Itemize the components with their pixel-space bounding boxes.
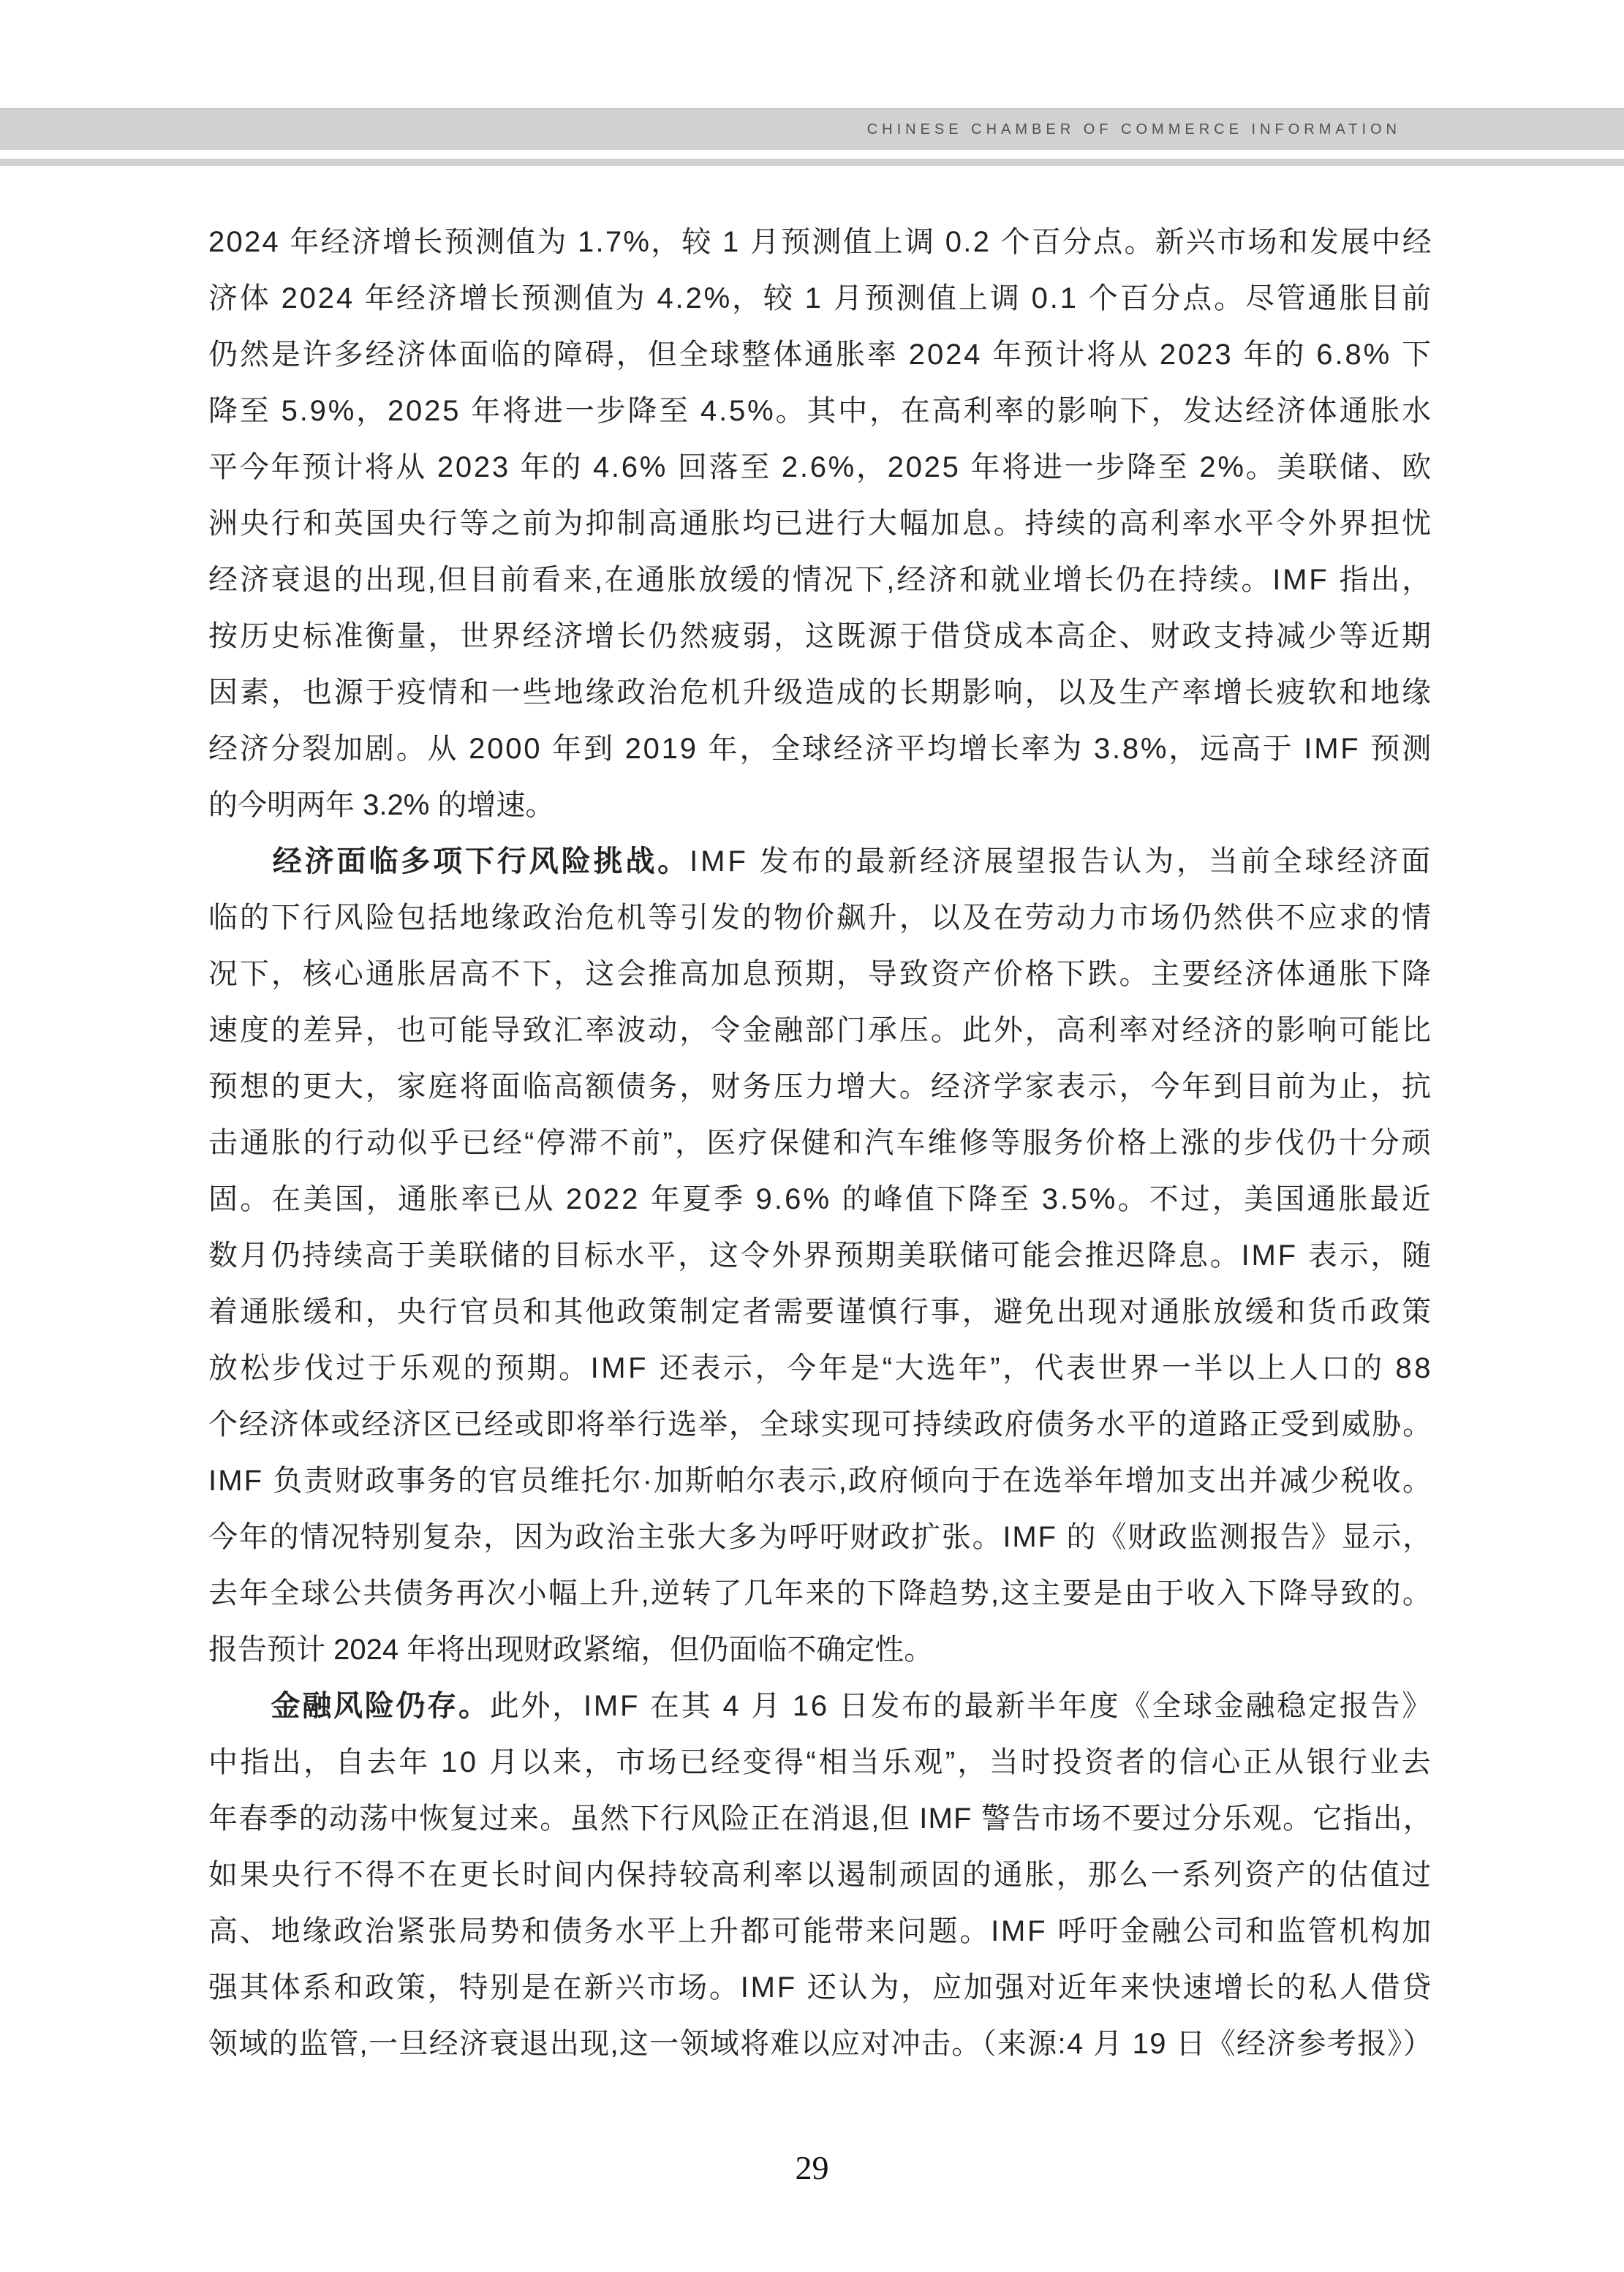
- header-banner-text: CHINESE CHAMBER OF COMMERCE INFORMATION: [867, 110, 1401, 150]
- text-line: 今年的情况特别复杂，因为政治主张大多为呼吁财政扩张。IMF 的《财政监测报告》显…: [208, 1509, 1433, 1566]
- text-line: 临的下行风险包括地缘政治危机等引发的物价飙升，以及在劳动力市场仍然供不应求的情: [208, 890, 1433, 946]
- paragraph: 2024 年经济增长预测值为 1.7%，较 1 月预测值上调 0.2 个百分点。…: [208, 214, 1433, 834]
- page: { "header": { "banner_text": "CHINESE CH…: [0, 0, 1624, 2272]
- text-line: 去年全球公共债务再次小幅上升,逆转了几年来的下降趋势,这主要是由于收入下降导致的…: [208, 1566, 1433, 1622]
- text-line: 2024 年经济增长预测值为 1.7%，较 1 月预测值上调 0.2 个百分点。…: [208, 214, 1433, 271]
- document-body: 2024 年经济增长预测值为 1.7%，较 1 月预测值上调 0.2 个百分点。…: [208, 214, 1433, 2072]
- text-line: 的今明两年 3.2% 的增速。: [208, 777, 1433, 834]
- text-line: 洲央行和英国央行等之前为抑制高通胀均已进行大幅加息。持续的高利率水平令外界担忧: [208, 496, 1433, 552]
- header-bar-secondary: [0, 159, 1624, 166]
- paragraph-lead-bold: 金融风险仍存。: [271, 1690, 490, 1722]
- paragraph: 金融风险仍存。此外，IMF 在其 4 月 16 日发布的最新半年度《全球金融稳定…: [208, 1678, 1433, 2072]
- text-line: 济体 2024 年经济增长预测值为 4.2%，较 1 月预测值上调 0.1 个百…: [208, 271, 1433, 327]
- text-line: 仍然是许多经济体面临的障碍，但全球整体通胀率 2024 年预计将从 2023 年…: [208, 327, 1433, 383]
- text-line: 经济面临多项下行风险挑战。IMF 发布的最新经济展望报告认为，当前全球经济面: [208, 834, 1433, 890]
- text-line: IMF 负责财政事务的官员维托尔·加斯帕尔表示,政府倾向于在选举年增加支出并减少…: [208, 1453, 1433, 1509]
- text-line: 高、地缘政治紧张局势和债务水平上升都可能带来问题。IMF 呼吁金融公司和监管机构…: [208, 1903, 1433, 1960]
- text-line: 经济分裂加剧。从 2000 年到 2019 年，全球经济平均增长率为 3.8%，…: [208, 721, 1433, 777]
- page-number: 29: [0, 2148, 1624, 2187]
- text-line: 中指出，自去年 10 月以来，市场已经变得“相当乐观”，当时投资者的信心正从银行…: [208, 1735, 1433, 1791]
- text-line: 况下，核心通胀居高不下，这会推高加息预期，导致资产价格下跌。主要经济体通胀下降: [208, 946, 1433, 1003]
- text-line: 按历史标准衡量，世界经济增长仍然疲弱，这既源于借贷成本高企、财政支持减少等近期: [208, 608, 1433, 665]
- text-line: 击通胀的行动似乎已经“停滞不前”，医疗保健和汽车维修等服务价格上涨的步伐仍十分顽: [208, 1115, 1433, 1171]
- text-line: 着通胀缓和，央行官员和其他政策制定者需要谨慎行事，避免出现对通胀放缓和货币政策: [208, 1284, 1433, 1340]
- paragraph-lead-bold: 经济面临多项下行风险挑战。: [273, 845, 690, 878]
- text-line: 报告预计 2024 年将出现财政紧缩，但仍面临不确定性。: [208, 1622, 1433, 1678]
- text-line: 如果央行不得不在更长时间内保持较高利率以遏制顽固的通胀，那么一系列资产的估值过: [208, 1847, 1433, 1903]
- text-line: 经济衰退的出现,但目前看来,在通胀放缓的情况下,经济和就业增长仍在持续。IMF …: [208, 552, 1433, 608]
- text-line: 速度的差异，也可能导致汇率波动，令金融部门承压。此外，高利率对经济的影响可能比: [208, 1003, 1433, 1059]
- text-line: 金融风险仍存。此外，IMF 在其 4 月 16 日发布的最新半年度《全球金融稳定…: [208, 1678, 1433, 1735]
- text-line: 领域的监管,一旦经济衰退出现,这一领域将难以应对冲击。（来源:4 月 19 日《…: [208, 2016, 1433, 2072]
- text-line: 数月仍持续高于美联储的目标水平，这令外界预期美联储可能会推迟降息。IMF 表示，…: [208, 1228, 1433, 1284]
- text-line: 平今年预计将从 2023 年的 4.6% 回落至 2.6%，2025 年将进一步…: [208, 439, 1433, 496]
- text-line: 固。在美国，通胀率已从 2022 年夏季 9.6% 的峰值下降至 3.5%。不过…: [208, 1171, 1433, 1228]
- paragraph: 经济面临多项下行风险挑战。IMF 发布的最新经济展望报告认为，当前全球经济面临的…: [208, 834, 1433, 1678]
- text-line: 个经济体或经济区已经或即将举行选举，全球实现可持续政府债务水平的道路正受到威胁。: [208, 1397, 1433, 1453]
- text-line: 降至 5.9%，2025 年将进一步降至 4.5%。其中，在高利率的影响下，发达…: [208, 383, 1433, 439]
- text-line: 预想的更大，家庭将面临高额债务，财务压力增大。经济学家表示，今年到目前为止，抗: [208, 1059, 1433, 1115]
- text-line: 因素，也源于疫情和一些地缘政治危机升级造成的长期影响，以及生产率增长疲软和地缘: [208, 665, 1433, 721]
- header-bar-primary: CHINESE CHAMBER OF COMMERCE INFORMATION: [0, 108, 1624, 150]
- text-line: 年春季的动荡中恢复过来。虽然下行风险正在消退,但 IMF 警告市场不要过分乐观。…: [208, 1791, 1433, 1847]
- text-line: 强其体系和政策，特别是在新兴市场。IMF 还认为，应加强对近年来快速增长的私人借…: [208, 1960, 1433, 2016]
- text-line: 放松步伐过于乐观的预期。IMF 还表示，今年是“大选年”，代表世界一半以上人口的…: [208, 1340, 1433, 1397]
